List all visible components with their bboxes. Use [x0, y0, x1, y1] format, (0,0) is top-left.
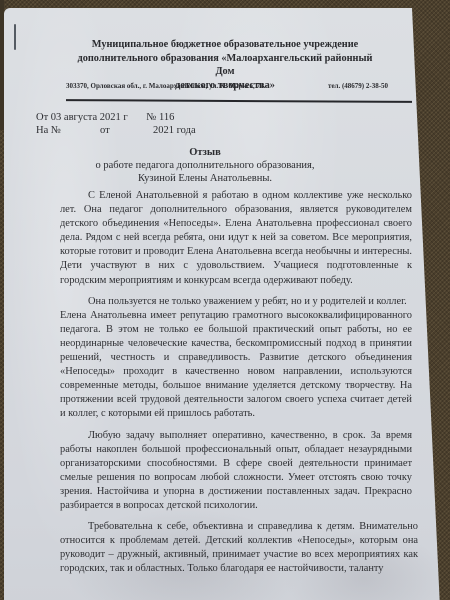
- letterhead-address: 303370, Орловская обл., г. Малоархангель…: [66, 82, 265, 90]
- reply-from-label: от: [100, 125, 110, 136]
- reply-reference: На № от 2021 года: [36, 125, 61, 136]
- document-title: Отзыв: [95, 146, 315, 159]
- outgoing-reference: От 03 августа 2021 г № 116: [36, 112, 174, 123]
- outgoing-date: От 03 августа 2021 г: [36, 112, 128, 123]
- reply-number-label: На №: [36, 125, 61, 136]
- document-body: С Еленой Анатольевной я работаю в одном …: [60, 189, 412, 576]
- letterhead-phone: тел. (48679) 2-38-50: [328, 82, 388, 90]
- letterhead-line-1: Муниципальное бюджетное образовательное …: [70, 38, 380, 52]
- document-subtitle-1: о работе педагога дополнительного образо…: [95, 159, 315, 172]
- header-divider: [66, 99, 412, 103]
- document-title-block: Отзыв о работе педагога дополнительного …: [95, 146, 315, 185]
- paragraph-4: Любую задачу выполняет оперативно, качес…: [60, 429, 412, 514]
- paragraph-3: Елена Анатольевна имеет репутацию грамот…: [60, 309, 412, 422]
- letterhead-line-2: дополнительного образования «Малоарханге…: [70, 52, 380, 79]
- document-content: Муниципальное бюджетное образовательное …: [0, 0, 450, 600]
- paragraph-2: Она пользуется не только уважением у реб…: [60, 295, 412, 309]
- document-subtitle-2: Кузиной Елены Анатольевны.: [95, 172, 315, 185]
- paragraph-5: Требовательна к себе, объективна и справ…: [60, 520, 418, 576]
- reply-year: 2021 года: [153, 125, 196, 136]
- paragraph-1: С Еленой Анатольевной я работаю в одном …: [60, 189, 412, 288]
- outgoing-number: № 116: [146, 112, 174, 123]
